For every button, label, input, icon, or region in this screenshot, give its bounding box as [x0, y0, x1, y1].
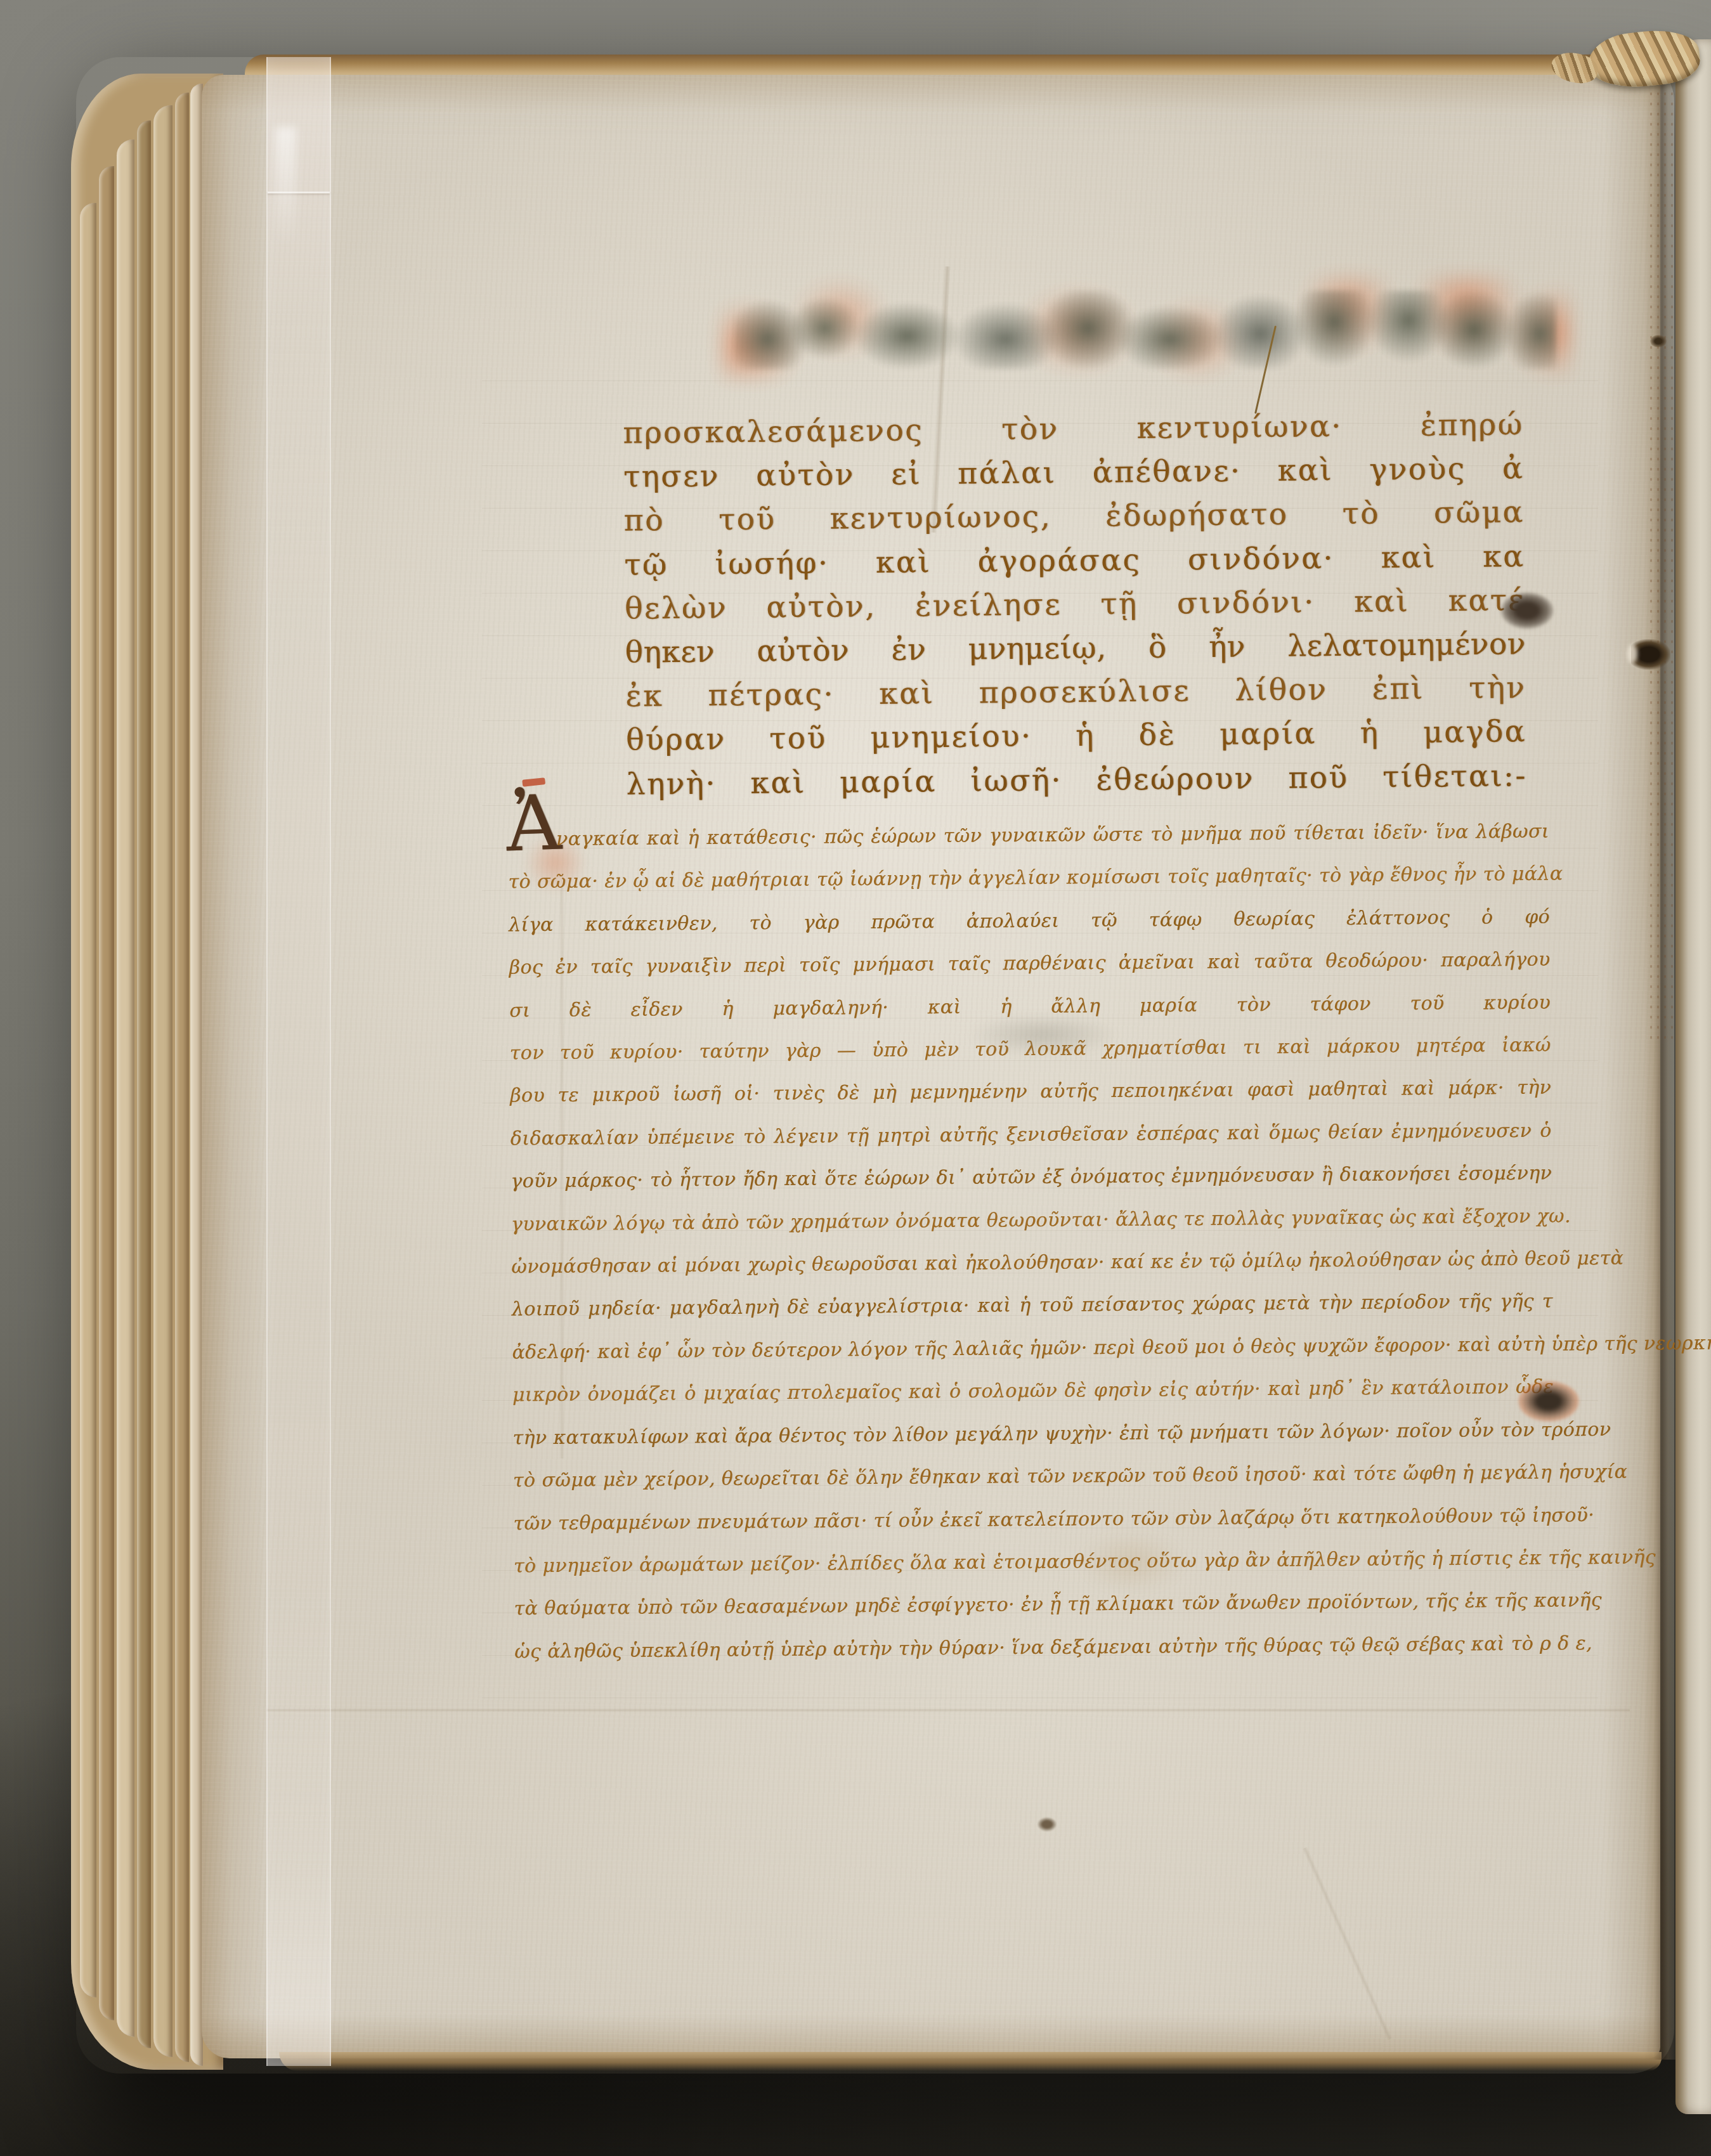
commentary-text-line: λοιποῦ μηδεία· μαγδαληνὴ δὲ εὐαγγελίστρι…: [512, 1280, 1553, 1331]
leaf-edge: [190, 84, 203, 2066]
manuscript-photo: προσκαλεσάμενος τὸν κεντυρίωνα· ἐπηρώτησ…: [0, 0, 1711, 2156]
gray-smudge: [970, 1015, 1116, 1055]
leaf-edge: [80, 203, 96, 1997]
leaf-edge: [175, 93, 189, 2062]
leaf-edge: [137, 120, 151, 2048]
faint-stain: [1078, 1532, 1186, 1592]
wormhole: [1631, 639, 1670, 670]
gospel-text-block: προσκαλεσάμενος τὸν κεντυρίωνα· ἐπηρώτησ…: [623, 403, 1527, 806]
small-stain: [1038, 1817, 1057, 1831]
commentary-text-line: ὡς ἀληθῶς ὑπεκλίθη αὐτῇ ὑπὲρ αὐτὴν τὴν θ…: [514, 1622, 1556, 1673]
commentary-text-line: τὴν κατακυλίφων καὶ ἄρα θέντος τὸν λίθον…: [512, 1408, 1554, 1459]
commentary-text-line: τὰ θαύματα ὑπὸ τῶν θεασαμένων μηδὲ ἐσφίγ…: [514, 1580, 1555, 1630]
rubric-ink-smear: [734, 290, 1556, 369]
commentary-text-line: διδασκαλίαν ὑπέμεινε τὸ λέγειν τῇ μητρὶ …: [510, 1109, 1551, 1160]
commentary-text-line: γυναικῶν λόγῳ τὰ ἀπὸ τῶν χρημάτων ὀνόματ…: [511, 1195, 1552, 1245]
commentary-text-line: μικρὸν ὀνομάζει ὁ μιχαίας πτολεμαῖος καὶ…: [512, 1366, 1554, 1417]
gospel-text-line: ληνὴ· καὶ μαρία ἰωσῆ· ἐθεώρουν ποῦ τίθετ…: [626, 754, 1527, 807]
leaf-edge: [153, 105, 172, 2057]
commentary-text-line: τὸ μνημεῖον ἀρωμάτων μείζον· ἐλπίδες ὅλα…: [514, 1536, 1555, 1587]
page-bottom-edge: [279, 2052, 1662, 2071]
facing-leaf: [1675, 39, 1711, 2114]
ink-stain: [1518, 1381, 1579, 1422]
commentary-text-line: τῶν τεθραμμένων πνευμάτων πᾶσι· τί οὖν ἐ…: [513, 1494, 1554, 1545]
commentary-text-line: ὠνομάσθησαν αἱ μόναι χωρὶς θεωροῦσαι καὶ…: [511, 1238, 1552, 1289]
conservation-tape: [266, 57, 331, 2066]
commentary-text-line: τὸ σῶμα· ἐν ᾧ αἱ δὲ μαθήτριαι τῷ ἰωάννῃ …: [508, 853, 1549, 904]
commentary-text-line: βος ἐν ταῖς γυναιξὶν περὶ τοῖς μνήμασι τ…: [509, 938, 1550, 989]
commentary-text-block: ναγκαία καὶ ἡ κατάθεσις· πῶς ἑώρων τῶν γ…: [508, 810, 1556, 1673]
fold-line: [266, 1708, 1630, 1712]
commentary-text-line: ἀδελφή· καὶ ἐφ᾽ ὧν τὸν δεύτερον λόγον τῆ…: [512, 1323, 1553, 1373]
commentary-text-line: βου τε μικροῦ ἰωσῆ οἱ· τινὲς δὲ μὴ μεμνη…: [510, 1067, 1551, 1117]
leaf-edge: [99, 166, 114, 2020]
ink-stain: [1500, 592, 1554, 629]
gospel-text-line: πὸ τοῦ κεντυρίωνος, ἐδωρήσατο τὸ σῶμα: [623, 491, 1525, 543]
commentary-text-line: ναγκαία καὶ ἡ κατάθεσις· πῶς ἑώρων τῶν γ…: [556, 810, 1549, 861]
gospel-text-line: τῷ ἰωσήφ· καὶ ἀγοράσας σινδόνα· καὶ κα: [624, 535, 1525, 587]
commentary-text-line: γοῦν μάρκος· τὸ ἧττον ἤδη καὶ ὅτε ἑώρων …: [511, 1152, 1552, 1203]
rubric-smudge: [734, 290, 1556, 369]
commentary-text-line: τὸ σῶμα μὲν χείρον, θεωρεῖται δὲ ὅλην ἔθ…: [513, 1451, 1554, 1502]
sewing-hole: [1650, 335, 1667, 347]
commentary-text-line: λίγα κατάκεινθεν, τὸ γὰρ πρῶτα ἀπολαύει …: [509, 895, 1550, 946]
gospel-text-line: θύραν τοῦ μνημείου· ἡ δὲ μαρία ἡ μαγδα: [626, 710, 1527, 762]
gutter-speckles: [1648, 89, 1673, 1040]
leaf-edge: [117, 140, 134, 2037]
